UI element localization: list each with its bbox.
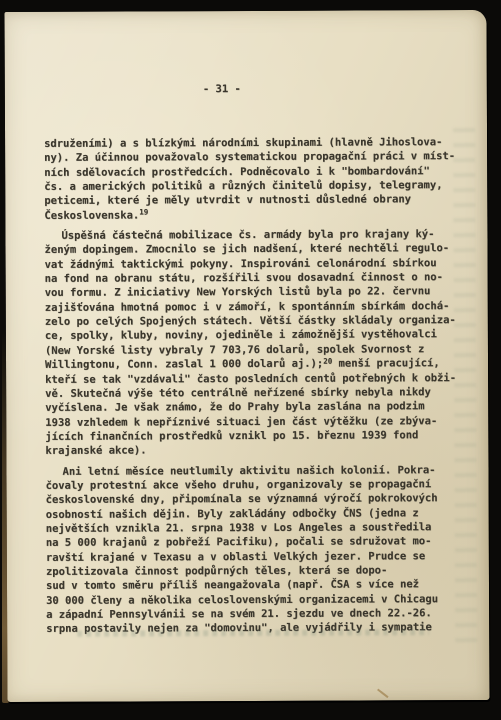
footnote-reference: 20 <box>323 356 332 365</box>
paragraph: Ani letní měsíce neutlumily aktivitu naš… <box>45 463 474 637</box>
text-line: vou formu. Z iniciativy New Yorských lis… <box>45 284 473 300</box>
ink-bleed-through-margin <box>453 128 477 648</box>
text-line: československé dny, připomínala se význa… <box>46 491 474 507</box>
scanner-background: - 31 - sdruženími) a s blízkými národním… <box>0 0 501 720</box>
page-number: - 31 - <box>203 82 241 96</box>
text-line: krajanské akce). <box>45 442 473 458</box>
ink-bleed-through-line <box>77 629 429 637</box>
document-page: - 31 - sdruženími) a s blízkými národním… <box>4 10 489 702</box>
text-line: jících finančních prostředků vznikl po 1… <box>45 428 473 444</box>
text-line: peticemi, které je měly utvrdit v nutnos… <box>44 192 472 208</box>
text-line: vyčíslena. Je však známo, že do Prahy by… <box>45 399 473 415</box>
paper-scratch <box>377 689 388 698</box>
paragraph: Úspěšná částečná mobilizace čs. armády b… <box>44 227 473 458</box>
paragraph: sdruženími) a s blízkými národními skupi… <box>44 135 472 223</box>
text-line: sud v tomto směru příliš neangažovala (n… <box>46 577 474 593</box>
text-line: Československa.19 <box>44 207 472 223</box>
text-line: na 5 000 krajanů z pobřeží Pacifiku), po… <box>46 534 474 550</box>
text-line: ny). Za účinnou považovalo systematickou… <box>44 149 472 165</box>
text-line: ce, spolky, kluby, noviny, ojediněle i z… <box>45 327 473 343</box>
text-line: ženým dopingem. Zmocnilo se jich nadšení… <box>45 241 473 257</box>
page-text: sdruženími) a s blízkými národními skupi… <box>44 135 474 637</box>
footnote-reference: 19 <box>139 208 148 217</box>
text-line: ravští krajané v Texasu a v oblasti Velk… <box>46 549 474 565</box>
text-line: Willingtonu, Conn. zaslal 1 000 dolarů a… <box>45 356 473 372</box>
